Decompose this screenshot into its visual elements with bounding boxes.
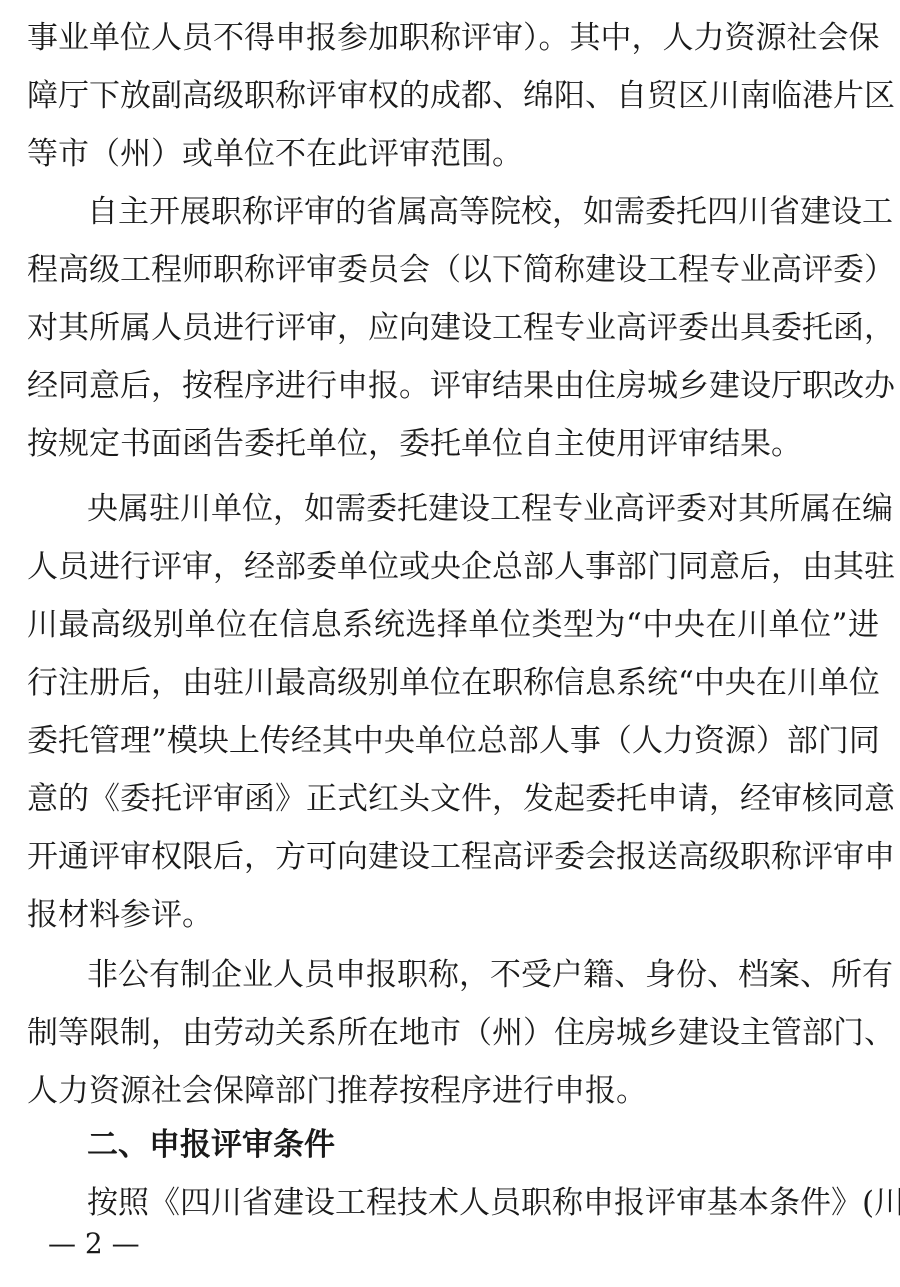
paragraph-line: 川最高级别单位在信息系统选择单位类型为“中央在川单位”进 <box>27 605 879 645</box>
paragraph-line: 央属驻川单位，如需委托建设工程专业高评委对其所属在编 <box>87 489 879 529</box>
paragraph-line: 障厅下放副高级职称评审权的成都、绵阳、自贸区川南临港片区 <box>27 76 879 116</box>
paragraph-line: 非公有制企业人员申报职称，不受户籍、身份、档案、所有 <box>87 955 879 995</box>
paragraph-line: 按照《四川省建设工程技术人员职称申报评审基本条件》(川 <box>87 1183 879 1223</box>
paragraph-line: 报材料参评。 <box>27 895 879 935</box>
paragraph-line: 等市（州）或单位不在此评审范围。 <box>27 134 879 174</box>
paragraph-line: 对其所属人员进行评审，应向建设工程专业高评委出具委托函， <box>27 308 879 348</box>
paragraph-line: 按规定书面函告委托单位，委托单位自主使用评审结果。 <box>27 424 879 464</box>
page-number: — 2 — <box>48 1226 140 1262</box>
paragraph-line: 人力资源社会保障部门推荐按程序进行申报。 <box>27 1071 879 1111</box>
document-page: 事业单位人员不得申报参加职称评审）。其中，人力资源社会保障厅下放副高级职称评审权… <box>0 0 900 1287</box>
paragraph-line: 自主开展职称评审的省属高等院校，如需委托四川省建设工 <box>87 192 879 232</box>
paragraph-line: 经同意后，按程序进行申报。评审结果由住房城乡建设厅职改办 <box>27 366 879 406</box>
paragraph-line: 程高级工程师职称评审委员会（以下简称建设工程专业高评委） <box>27 250 879 290</box>
paragraph-line: 意的《委托评审函》正式红头文件，发起委托申请，经审核同意 <box>27 779 879 819</box>
paragraph-line: 制等限制，由劳动关系所在地市（州）住房城乡建设主管部门、 <box>27 1013 879 1053</box>
paragraph-line: 开通评审权限后，方可向建设工程高评委会报送高级职称评审申 <box>27 837 879 877</box>
paragraph-line: 事业单位人员不得申报参加职称评审）。其中，人力资源社会保 <box>27 18 879 58</box>
paragraph-line: 人员进行评审，经部委单位或央企总部人事部门同意后，由其驻 <box>27 547 879 587</box>
section-heading: 二、申报评审条件 <box>87 1125 335 1165</box>
paragraph-line: 行注册后，由驻川最高级别单位在职称信息系统“中央在川单位 <box>27 663 879 703</box>
paragraph-line: 委托管理”模块上传经其中央单位总部人事（人力资源）部门同 <box>27 721 879 761</box>
